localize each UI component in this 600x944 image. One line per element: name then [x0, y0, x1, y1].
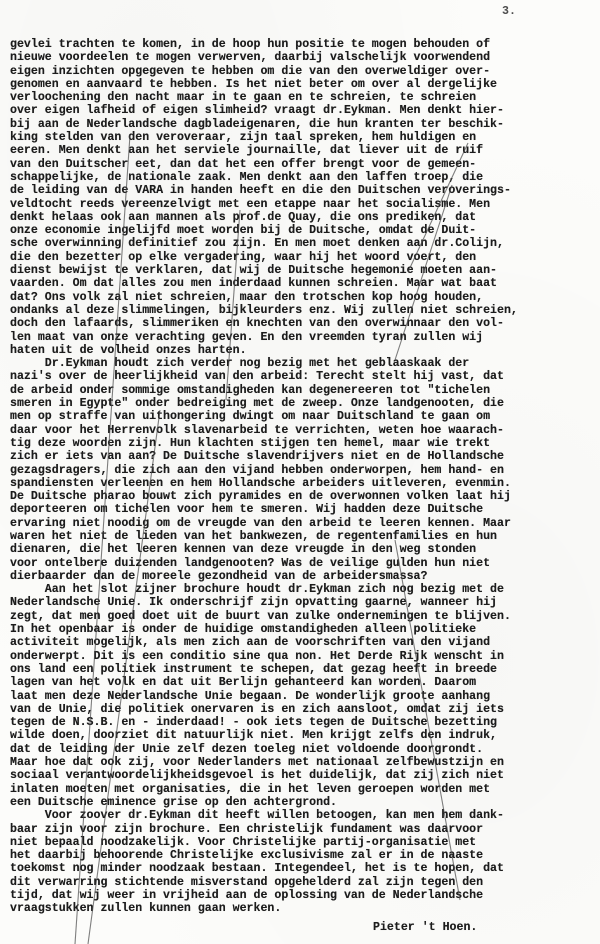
text-line: niet bepaald noodzakelijk. Voor Christel… — [10, 836, 595, 849]
text-line: lagen van het volk en dat uit Berlijn ge… — [10, 676, 595, 689]
text-line: verloochening den nacht maar in te gaan … — [10, 91, 595, 104]
text-line: haten uit de volheid onzes harten. — [10, 344, 595, 357]
text-line: daar voor het Herrenvolk slavenarbeid te… — [10, 424, 595, 437]
text-line: ondanks al deze slimmelingen, bijkleurde… — [10, 304, 595, 317]
text-line: genomen en aanvaard te hebben. Is het ni… — [10, 78, 595, 91]
text-line: tijd, dat wij weer in vrijheid aan de op… — [10, 889, 595, 902]
text-line: De Duitsche pharao bouwt zich pyramides … — [10, 490, 595, 503]
text-line: een Duitsche eminence grise op den achte… — [10, 796, 595, 809]
text-line: smeren in Egypte" onder bedreiging met d… — [10, 397, 595, 410]
text-line: ons land een politiek instrument te sche… — [10, 663, 595, 676]
text-line: vraagstukken zullen kunnen gaan werken. — [10, 902, 595, 915]
text-line: dat de leiding der Unie zelf dezen toele… — [10, 743, 595, 756]
text-line: eigen inzichten opgegeven te hebben om d… — [10, 65, 595, 78]
text-line: onderwerpt. Dit is een conditio sine qua… — [10, 650, 595, 663]
text-line: Maar hoe dat ook zij, voor Nederlanders … — [10, 756, 595, 769]
text-line: veldtocht reeds vereenzelvigt met een et… — [10, 198, 595, 211]
text-line: inlaten moeten met organisaties, die in … — [10, 783, 595, 796]
text-line: vaarden. Om dat alles zou men inderdaad … — [10, 277, 595, 290]
text-line: Nederlandsche Unie. Ik onderschrijf zijn… — [10, 596, 595, 609]
text-line: dienaren, die het leeren kennen van deze… — [10, 543, 595, 556]
text-line: doch den lafaards, slimmeriken en knecht… — [10, 317, 595, 330]
text-line: Voor zoover dr.Eykman dit heeft willen b… — [10, 809, 595, 822]
text-line: nieuwe voordeelen te mogen verwerven, da… — [10, 51, 595, 64]
text-line: Aan het slot zijner brochure houdt dr.Ey… — [10, 583, 595, 596]
text-line: activiteit mogelijk, als men zich aan de… — [10, 636, 595, 649]
text-line: zegt, dat men goed doet uit de buurt van… — [10, 610, 595, 623]
text-block: gevlei trachten te komen, in de hoop hun… — [10, 38, 595, 916]
text-line: van den Duitscher eet, dan dat het een o… — [10, 158, 595, 171]
text-line: spandiensten verleenen en hem Hollandsch… — [10, 477, 595, 490]
text-line: tegen de N.S.B. en - inderdaad! - ook ie… — [10, 716, 595, 729]
page-number: 3. — [502, 5, 516, 18]
text-line: de arbeid onder sommige omstandigheden k… — [10, 384, 595, 397]
text-line: schappelijke, de nationale zaak. Men den… — [10, 171, 595, 184]
text-line: deporteeren om tichelen voor hem te smer… — [10, 503, 595, 516]
document-page: 3. gevlei trachten te komen, in de hoop … — [0, 0, 600, 944]
text-line: dat? Ons volk zal niet schreien, maar de… — [10, 291, 595, 304]
text-line: de leiding van de VARA in handen heeft e… — [10, 184, 595, 197]
text-line: gezagsdragers, die zich aan den vijand h… — [10, 464, 595, 477]
text-line: In het openbaar is onder de huidige omst… — [10, 623, 595, 636]
text-line: sche overwinning definitief zou zijn. En… — [10, 237, 595, 250]
text-line: voor ontelbere duizenden landgenooten? W… — [10, 557, 595, 570]
text-line: van de Unie, die politiek onervaren is e… — [10, 703, 595, 716]
text-line: len maat van onze verachting geven. En d… — [10, 331, 595, 344]
text-line: het daarbij behoorende Christelijke excl… — [10, 849, 595, 862]
text-line: denkt helaas ook aan mannen als prof.de … — [10, 211, 595, 224]
text-line: tig deze woorden zijn. Hun klachten stij… — [10, 437, 595, 450]
text-line: dierbaarder dan de moreele gezondheid va… — [10, 570, 595, 583]
signature: Pieter 't Hoen. — [373, 921, 477, 934]
text-line: bij aan de Nederlandsche dagbladeigenare… — [10, 118, 595, 131]
text-line: toekomst nog minder noodzaak bestaan. In… — [10, 862, 595, 875]
text-line: die den bezetter op elke vergadering, wa… — [10, 251, 595, 264]
text-line: dienst bewijst te verklaren, dat wij de … — [10, 264, 595, 277]
text-line: sociaal verantwoordelijkheidsgevoel is h… — [10, 769, 595, 782]
text-line: gevlei trachten te komen, in de hoop hun… — [10, 38, 595, 51]
text-line: onze economie ingelijfd moet worden bij … — [10, 224, 595, 237]
text-line: ervaring niet noodig om de vreugde van d… — [10, 517, 595, 530]
text-line: nazi's over de heerlijkheid van den arbe… — [10, 370, 595, 383]
text-line: baar zijn voor zijn brochure. Een christ… — [10, 823, 595, 836]
text-line: men op straffe van uithongering dwingt o… — [10, 410, 595, 423]
text-line: eeren. Men denkt aan het serviele journa… — [10, 144, 595, 157]
text-line: dit verwarring stichtende misverstand op… — [10, 876, 595, 889]
text-line: Dr.Eykman houdt zich verder nog bezig me… — [10, 357, 595, 370]
text-line: wilde doen, doorziet dit natuurlijk niet… — [10, 729, 595, 742]
text-line: laat men deze Nederlandsche Unie begaan.… — [10, 690, 595, 703]
text-line: zich er iets van aan? De Duitsche slaven… — [10, 450, 595, 463]
text-line: king stelden van den veroveraar, zijn ta… — [10, 131, 595, 144]
text-line: over eigen lafheid of eigen slimheid? vr… — [10, 104, 595, 117]
text-line: waren het niet de lieden van het bankwez… — [10, 530, 595, 543]
